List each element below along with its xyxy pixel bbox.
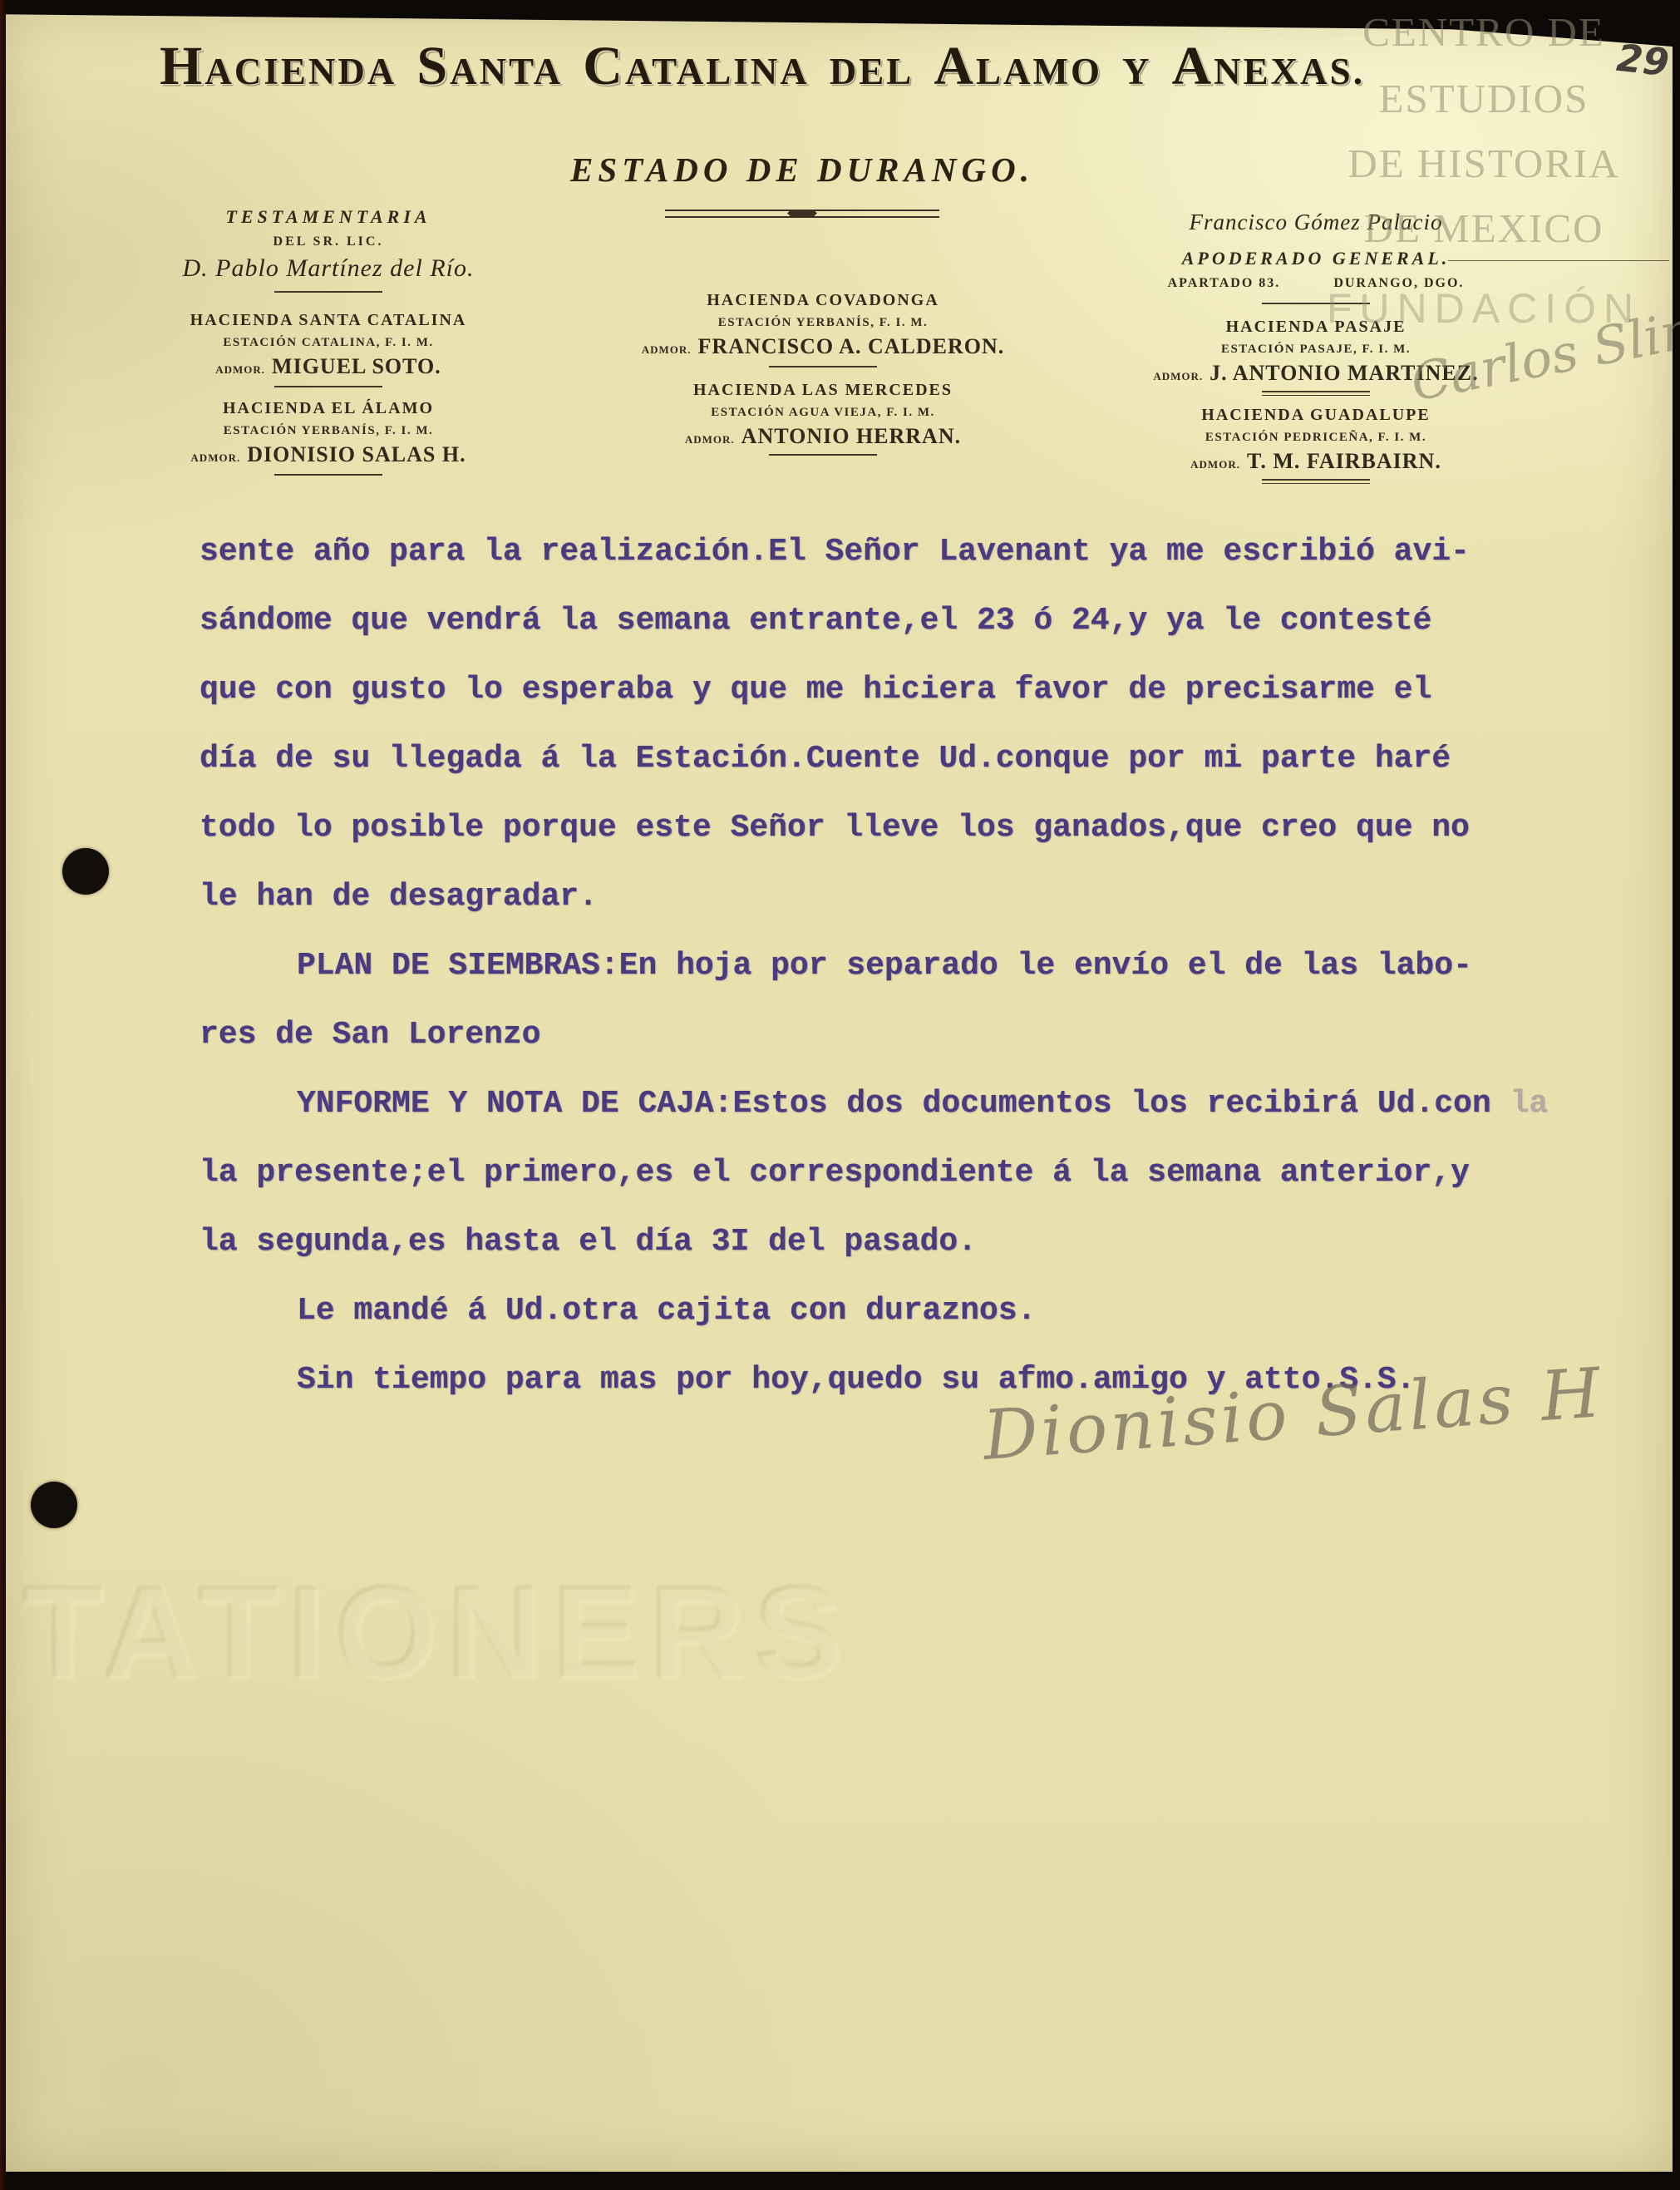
- paper-emboss-watermark: TATIONERS: [23, 1558, 852, 1709]
- title-rest: Y: [1122, 51, 1152, 92]
- title-rest: ANTA: [450, 51, 563, 92]
- hacienda-block: HACIENDA EL ÁLAMO ESTACIÓN YERBANÍS, F. …: [121, 397, 536, 471]
- typewritten-line: sándome que vendrá la semana entrante,el…: [200, 603, 1431, 639]
- hacienda-name: HACIENDA SANTA CATALINA: [121, 309, 536, 332]
- letterhead-subtitle: ESTADO DE DURANGO.: [470, 150, 1135, 190]
- typewritten-line: día de su llegada á la Estación.Cuente U…: [200, 741, 1451, 777]
- archive-watermark-line: ESTUDIOS: [1293, 75, 1675, 122]
- title-rest: DEL: [830, 51, 914, 92]
- letterhead-column-left: TESTAMENTARIA DEL SR. LIC. D. Pablo Mart…: [121, 206, 536, 283]
- admor-name: MIGUEL SOTO.: [272, 354, 441, 378]
- hacienda-block: HACIENDA COVADONGA ESTACIÓN YERBANÍS, F.…: [615, 289, 1031, 363]
- title-word: CATALINA: [583, 35, 810, 98]
- admor-label: ADMOR.: [190, 451, 240, 464]
- title-rest: ATALINA: [625, 51, 810, 92]
- title-initial: C: [583, 36, 625, 96]
- typewritten-line: sente año para la realización.El Señor L…: [200, 534, 1470, 570]
- admor-name: T. M. FAIRBAIRN.: [1247, 449, 1441, 473]
- title-initial: H: [160, 36, 204, 96]
- typewritten-line: Le mandé á Ud.otra cajita con duraznos.: [297, 1293, 1036, 1329]
- admor-name: ANTONIO HERRAN.: [741, 424, 961, 448]
- admor-label: ADMOR.: [1153, 370, 1203, 382]
- letterhead-title: HACIENDASANTACATALINADELALAMOYANEXAS.: [150, 35, 1313, 98]
- hacienda-station: ESTACIÓN CATALINA, F. I. M.: [121, 332, 536, 353]
- title-initial: A: [1171, 36, 1214, 96]
- hacienda-station: ESTACIÓN YERBANÍS, F. I. M.: [121, 420, 536, 441]
- hacienda-admor: ADMOR.MIGUEL SOTO.: [121, 353, 536, 383]
- divider-rule: [1262, 479, 1370, 484]
- admor-name: FRANCISCO A. CALDERON.: [698, 334, 1005, 358]
- hacienda-admor: ADMOR.ANTONIO HERRAN.: [615, 423, 1031, 453]
- hole-punch: [62, 848, 109, 895]
- diamond-ornament: [787, 208, 817, 219]
- hacienda-name: HACIENDA COVADONGA: [615, 289, 1031, 312]
- typewritten-line: PLAN DE SIEMBRAS:En hoja por separado le…: [297, 948, 1472, 984]
- typewritten-line: todo lo posible porque este Señor lleve …: [200, 810, 1470, 846]
- apartado-number: APARTADO 83.: [1168, 276, 1281, 291]
- principal-name: D. Pablo Martínez del Río.: [121, 254, 536, 283]
- letter-page: HACIENDASANTACATALINADELALAMOYANEXAS. ES…: [5, 10, 1673, 2172]
- typewritten-line: YNFORME Y NOTA DE CAJA:Estos dos documen…: [297, 1086, 1548, 1122]
- admor-label: ADMOR.: [685, 433, 735, 446]
- typewritten-line: la presente;el primero,es el correspondi…: [200, 1155, 1470, 1191]
- title-initial: A: [934, 36, 976, 96]
- hacienda-admor: ADMOR.FRANCISCO A. CALDERON.: [615, 333, 1031, 363]
- agent-rule: [1448, 260, 1669, 261]
- admor-name: DIONISIO SALAS H.: [247, 442, 466, 466]
- title-word: SANTA: [416, 35, 563, 98]
- faded-typewritten-text: la: [1491, 1086, 1548, 1122]
- title-rest: LAMO: [976, 51, 1102, 92]
- typewritten-line: le han de desagradar.: [200, 879, 598, 915]
- typewritten-line: res de San Lorenzo: [200, 1017, 540, 1053]
- hacienda-name: HACIENDA LAS MERCEDES: [615, 379, 1031, 402]
- admor-label: ADMOR.: [1190, 458, 1240, 471]
- testamentaria-heading: TESTAMENTARIA: [121, 206, 536, 228]
- hacienda-name: HACIENDA GUADALUPE: [1108, 404, 1524, 427]
- typewritten-text: YNFORME Y NOTA DE CAJA:Estos dos documen…: [297, 1086, 1491, 1122]
- admor-label: ADMOR.: [215, 363, 265, 376]
- hacienda-block: HACIENDA LAS MERCEDES ESTACIÓN AGUA VIEJ…: [615, 379, 1031, 453]
- title-rest: ACIENDA: [204, 51, 397, 92]
- hacienda-station: ESTACIÓN YERBANÍS, F. I. M.: [615, 312, 1031, 333]
- hacienda-name: HACIENDA EL ÁLAMO: [121, 397, 536, 420]
- hacienda-block: HACIENDA GUADALUPE ESTACIÓN PEDRICEÑA, F…: [1108, 404, 1524, 478]
- hacienda-station: ESTACIÓN PEDRICEÑA, F. I. M.: [1108, 427, 1524, 448]
- title-word: ALAMO: [934, 35, 1102, 98]
- hacienda-station: ESTACIÓN AGUA VIEJA, F. I. M.: [615, 402, 1031, 423]
- title-word: DEL: [830, 35, 914, 98]
- divider-rule: [769, 454, 877, 456]
- divider-rule: [274, 386, 382, 387]
- ornament-rule: [665, 210, 939, 218]
- archive-watermark-line: DE MEXICO: [1293, 205, 1675, 252]
- divider-rule: [1262, 391, 1370, 396]
- hacienda-admor: ADMOR.T. M. FAIRBAIRN.: [1108, 448, 1524, 478]
- divider-rule: [769, 366, 877, 367]
- title-word: HACIENDA: [160, 35, 397, 98]
- scan-frame: HACIENDASANTACATALINADELALAMOYANEXAS. ES…: [0, 0, 1680, 2190]
- hole-punch: [31, 1482, 77, 1528]
- title-word: Y: [1122, 35, 1152, 98]
- admor-label: ADMOR.: [642, 343, 692, 356]
- pencil-page-number: 29: [1614, 36, 1671, 85]
- typewritten-line: que con gusto lo esperaba y que me hicie…: [200, 672, 1431, 708]
- divider-rule: [274, 474, 382, 476]
- hacienda-admor: ADMOR.DIONISIO SALAS H.: [121, 441, 536, 471]
- hacienda-block: HACIENDA SANTA CATALINA ESTACIÓN CATALIN…: [121, 309, 536, 383]
- typewritten-line: la segunda,es hasta el día 3I del pasado…: [200, 1224, 977, 1260]
- archive-watermark-line: DE HISTORIA: [1293, 140, 1675, 187]
- del-sr-lic-heading: DEL SR. LIC.: [121, 234, 536, 249]
- divider-rule: [274, 291, 382, 293]
- title-initial: S: [416, 36, 450, 96]
